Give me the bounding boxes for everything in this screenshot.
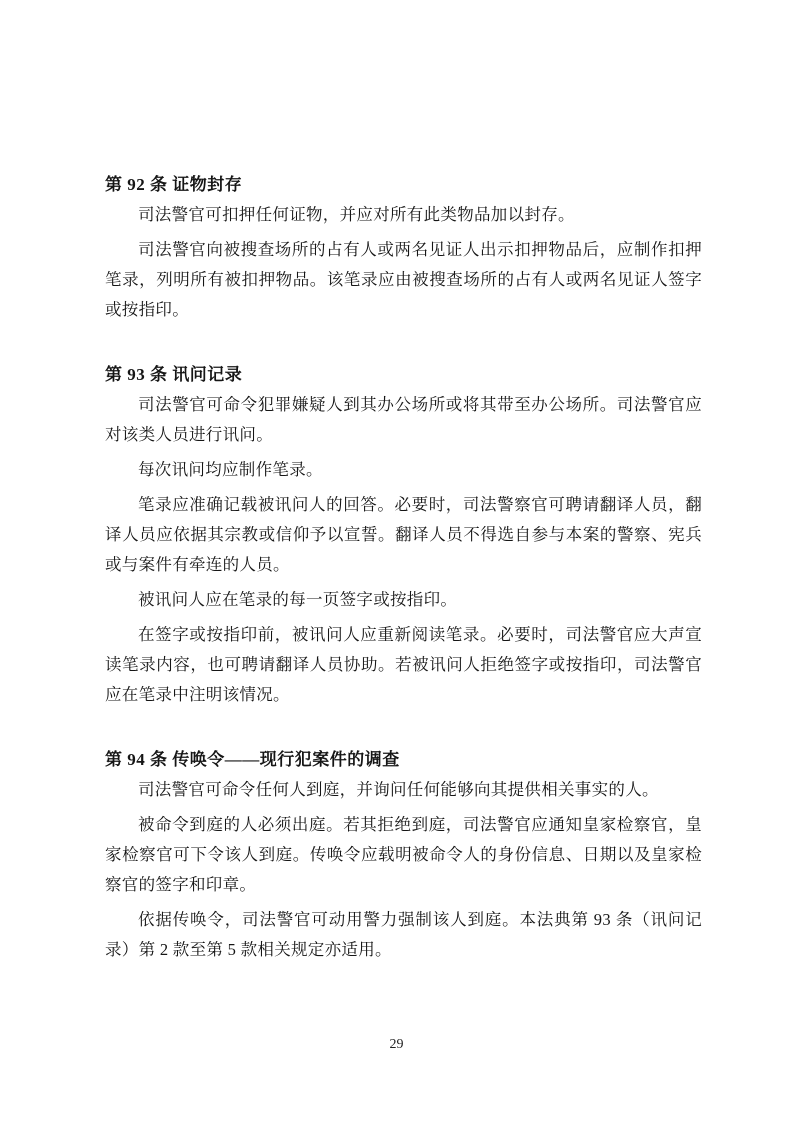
article-93-heading: 第 93 条 讯问记录 bbox=[105, 360, 702, 390]
article-93-paragraph-1: 司法警官可命令犯罪嫌疑人到其办公场所或将其带至办公场所。司法警官应对该类人员进行… bbox=[105, 390, 702, 450]
article-94: 第 94 条 传唤令——现行犯案件的调查 司法警官可命令任何人到庭，并询问任何能… bbox=[105, 745, 702, 965]
article-93-paragraph-2: 每次讯问均应制作笔录。 bbox=[105, 455, 702, 485]
page-footer: 29 bbox=[0, 1036, 793, 1054]
article-94-paragraph-1: 司法警官可命令任何人到庭，并询问任何能够向其提供相关事实的人。 bbox=[105, 775, 702, 805]
article-92: 第 92 条 证物封存 司法警官可扣押任何证物，并应对所有此类物品加以封存。 司… bbox=[105, 170, 702, 325]
article-93-paragraph-4: 被讯问人应在笔录的每一页签字或按指印。 bbox=[105, 585, 702, 615]
article-92-paragraph-2: 司法警官向被搜查场所的占有人或两名见证人出示扣押物品后，应制作扣押笔录，列明所有… bbox=[105, 235, 702, 325]
article-93-paragraph-3: 笔录应准确记载被讯问人的回答。必要时，司法警察官可聘请翻译人员，翻译人员应依据其… bbox=[105, 490, 702, 580]
article-94-paragraph-2: 被命令到庭的人必须出庭。若其拒绝到庭，司法警官应通知皇家检察官，皇家检察官可下令… bbox=[105, 810, 702, 900]
article-92-paragraph-1: 司法警官可扣押任何证物，并应对所有此类物品加以封存。 bbox=[105, 200, 702, 230]
article-92-heading: 第 92 条 证物封存 bbox=[105, 170, 702, 200]
document-page: 第 92 条 证物封存 司法警官可扣押任何证物，并应对所有此类物品加以封存。 司… bbox=[105, 170, 702, 965]
article-94-paragraph-3: 依据传唤令，司法警官可动用警力强制该人到庭。本法典第 93 条（讯问记录）第 2… bbox=[105, 905, 702, 965]
article-94-heading: 第 94 条 传唤令——现行犯案件的调查 bbox=[105, 745, 702, 775]
article-93: 第 93 条 讯问记录 司法警官可命令犯罪嫌疑人到其办公场所或将其带至办公场所。… bbox=[105, 360, 702, 710]
article-93-paragraph-5: 在签字或按指印前，被讯问人应重新阅读笔录。必要时，司法警官应大声宣读笔录内容，也… bbox=[105, 620, 702, 710]
page-number: 29 bbox=[390, 1037, 404, 1052]
